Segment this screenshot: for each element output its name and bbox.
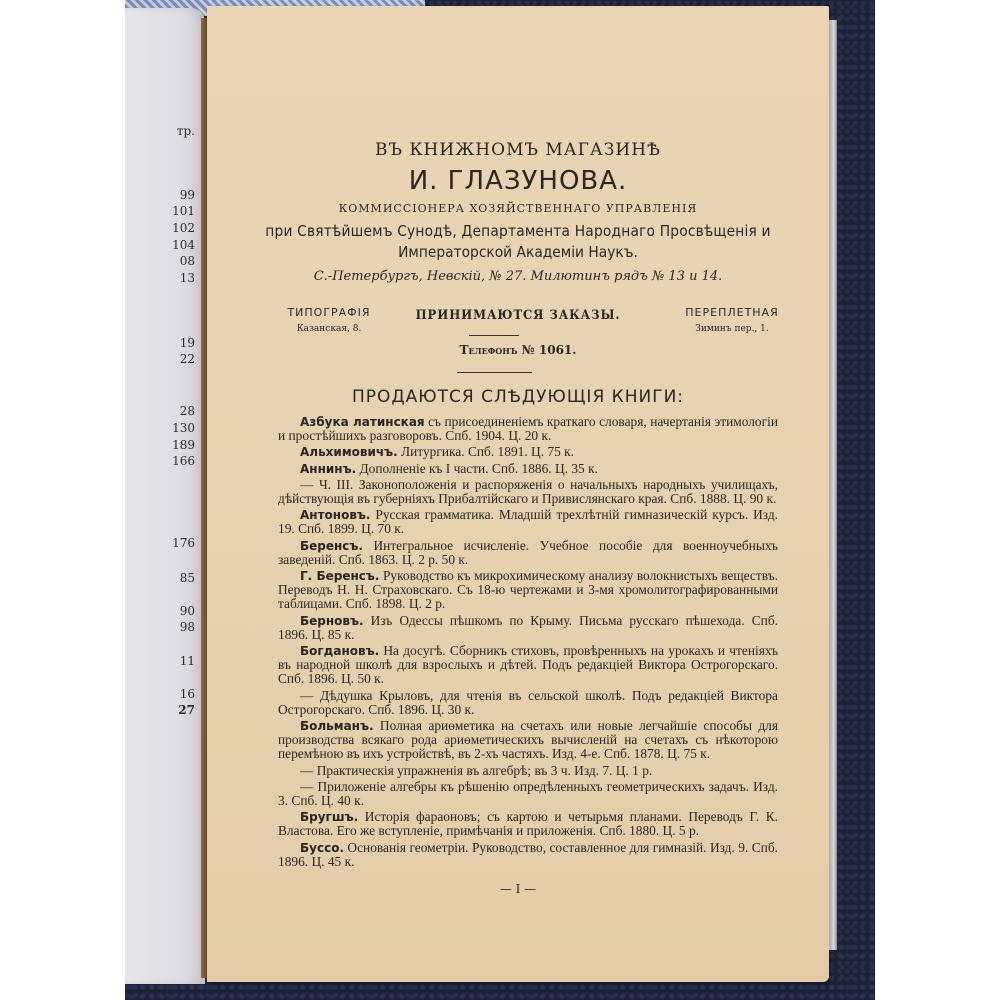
book-entry: — Ч. III. Законоположенія и распоряженія… <box>278 478 778 506</box>
commissioner-line: КОММИССIОНЕРА ХОЗЯЙСТВЕННАГО УПРАВЛЕНIЯ <box>207 202 829 215</box>
right-page: ВЪ КНИЖНОМЪ МАГАЗИНѢ И. ГЛАЗУНОВА. КОММИ… <box>207 6 829 982</box>
section-title: ПРОДАЮТСЯ СЛѢДУЮЩIЯ КНИГИ: <box>207 387 829 407</box>
book-description: Основанія геометріи. Руководство, состав… <box>278 840 778 869</box>
book-entry: Антоновъ. Русская грамматика. Младшій тр… <box>278 508 778 536</box>
book-description: — Практическія упражненія въ алгебрѣ; въ… <box>300 763 652 778</box>
bindery-address: Зиминъ пер., 1. <box>667 324 797 334</box>
toc-page-number: 08 <box>180 254 195 268</box>
institutions-line-2: Императорской Академіи Наукъ. <box>232 243 804 261</box>
book-author: Беренсъ. <box>300 539 363 553</box>
shop-address: С.-Петербургъ, Невскій, № 27. Милютинъ р… <box>207 269 829 284</box>
divider-rule <box>469 335 519 336</box>
book-entry: Богдановъ. На досугѣ. Сборникъ стиховъ, … <box>278 644 778 687</box>
toc-page-number: 27 <box>178 703 195 717</box>
toc-page-number: 85 <box>180 571 195 585</box>
toc-page-number: 16 <box>180 687 195 701</box>
book-entry: Аннинъ. Дополненіе къ I части. Спб. 1886… <box>278 462 778 476</box>
divider-rule <box>457 372 532 373</box>
toc-page-number: 19 <box>180 336 195 350</box>
toc-header: тр. <box>177 124 195 138</box>
toc-page-number: 166 <box>172 454 195 468</box>
book-description: Дополненіе къ I части. Спб. 1886. Ц. 35 … <box>356 461 598 476</box>
book-author: Аннинъ. <box>300 462 356 476</box>
toc-page-number: 13 <box>180 271 195 285</box>
bindery-label: ПЕРЕПЛЕТНАЯ <box>667 306 797 319</box>
page-folio: — I — <box>207 882 829 896</box>
book-entry: Бругшъ. Исторія фараоновъ; съ картою и ч… <box>278 810 778 838</box>
toc-page-number: 189 <box>172 438 195 452</box>
toc-page-number: 98 <box>180 620 195 634</box>
book-author: Богдановъ. <box>300 644 379 658</box>
toc-page-number: 176 <box>172 536 195 550</box>
toc-page-number: 104 <box>172 238 195 252</box>
book-entry: Буссо. Основанія геометріи. Руководство,… <box>278 841 778 869</box>
left-page: тр. 99 101 102 104 08 13 19 22 28 130 18… <box>125 8 205 984</box>
book-entry: Альхимовичъ. Литургика. Спб. 1891. Ц. 75… <box>278 445 778 459</box>
toc-page-number: 102 <box>172 221 195 235</box>
book-author: Альхимовичъ. <box>300 445 398 459</box>
book-entry: — Дѣдушка Крыловъ, для чтенія въ сельско… <box>278 689 778 717</box>
book-entry: Азбука латинская съ присоединеніемъ крат… <box>278 415 778 443</box>
shop-heading: ВЪ КНИЖНОМЪ МАГАЗИНѢ <box>207 140 829 160</box>
book-description: — Дѣдушка Крыловъ, для чтенія въ сельско… <box>278 688 778 717</box>
toc-page-number: 22 <box>180 352 195 366</box>
toc-page-number: 130 <box>172 421 195 435</box>
toc-page-number: 99 <box>180 188 195 202</box>
book-author: Бругшъ. <box>300 810 358 824</box>
book-entry: Беренсъ. Интегральное исчисленіе. Учебно… <box>278 539 778 567</box>
institutions-line-1: при Святѣйшемъ Сунодѣ, Департамента Наро… <box>232 222 804 240</box>
book-author: Буссо. <box>300 841 344 855</box>
book-entry: Берновъ. Изъ Одессы пѣшкомъ по Крыму. Пи… <box>278 614 778 642</box>
book-entry: Г. Беренсъ. Руководство къ микрохимическ… <box>278 569 778 612</box>
book-entry: — Практическія упражненія въ алгебрѣ; въ… <box>278 764 778 778</box>
printing-house-address: Казанская, 8. <box>269 324 389 334</box>
toc-page-number: 28 <box>180 404 195 418</box>
book-entry: Больманъ. Полная ариѳметика на счетахъ и… <box>278 719 778 762</box>
toc-page-number: 90 <box>180 604 195 618</box>
book-author: Антоновъ. <box>300 508 370 522</box>
book-description: Литургика. Спб. 1891. Ц. 75 к. <box>398 444 574 459</box>
book-author: Азбука латинская <box>300 415 425 429</box>
book-author: Г. Беренсъ. <box>300 569 380 583</box>
book-photograph: тр. 99 101 102 104 08 13 19 22 28 130 18… <box>125 0 875 1000</box>
phone-number: Телефонъ № 1061. <box>207 343 829 357</box>
owner-name: И. ГЛАЗУНОВА. <box>207 166 829 196</box>
book-description: — Ч. III. Законоположенія и распоряженія… <box>278 477 778 506</box>
toc-page-number: 101 <box>172 204 195 218</box>
book-description: — Приложеніе алгебры къ рѣшенію опредѣле… <box>278 779 778 808</box>
book-list: Азбука латинская съ присоединеніемъ крат… <box>278 415 778 871</box>
page-block-edge <box>829 20 837 950</box>
book-author: Больманъ. <box>300 719 374 733</box>
toc-page-number: 11 <box>180 654 195 668</box>
book-author: Берновъ. <box>300 614 364 628</box>
book-entry: — Приложеніе алгебры къ рѣшенію опредѣле… <box>278 780 778 808</box>
